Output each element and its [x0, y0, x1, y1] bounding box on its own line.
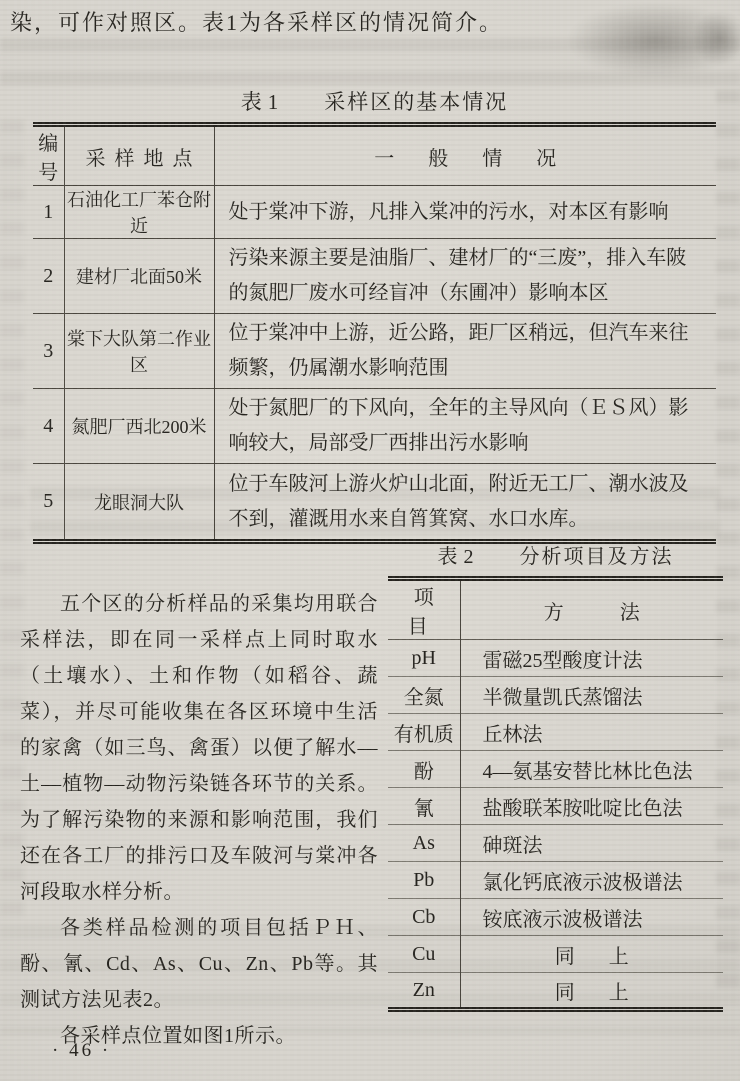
method-cell: 4—氨基安替比林比色法: [460, 751, 723, 788]
table-row: 酚 4—氨基安替比林比色法: [388, 751, 723, 788]
intro-paragraph: 染，可作对照区。表1为各采样区的情况简介。: [10, 8, 610, 38]
method-cell: 铵底液示波极谱法: [460, 899, 723, 936]
site-cell: 龙眼洞大队: [64, 464, 214, 542]
table1-header-row: 编号 采样地点 一般情况: [33, 125, 716, 186]
method-cell: 半微量凯氏蒸馏法: [460, 677, 723, 714]
table1-section: 表1 采样区的基本情况 编号 采样地点 一般情况 1 石油化工厂苯仓附近: [33, 86, 716, 544]
method-cell: 砷斑法: [460, 825, 723, 862]
table-row: 3 棠下大队第二作业区 位于棠冲中上游，近公路，距厂区稍远，但汽车来往频繁，仍属…: [33, 314, 716, 389]
method-cell: 雷磁25型酸度计法: [460, 640, 723, 677]
body-paragraph: 五个区的分析样品的采集均用联合采样法，即在同一采样点上同时取水（土壤水）、土和作…: [20, 586, 378, 910]
table-row: 有机质 丘林法: [388, 714, 723, 751]
page-number: · 46 ·: [52, 1040, 111, 1062]
item-cell: As: [388, 825, 460, 862]
table2-caption: 表2 分析项目及方法: [388, 540, 723, 569]
item-cell: 氰: [388, 788, 460, 825]
description-cell: 位于车陂河上游火炉山北面，附近无工厂、潮水波及不到，灌溉用水来自筲箕窝、水口水库…: [214, 464, 716, 542]
row-number-cell: 5: [33, 464, 64, 542]
column-header-number: 编号: [33, 125, 64, 186]
method-cell: 氯化钙底液示波极谱法: [460, 862, 723, 899]
item-cell: 有机质: [388, 714, 460, 751]
table1-label: 表1: [241, 86, 285, 116]
item-cell: Cb: [388, 899, 460, 936]
table1-title: 采样区的基本情况: [324, 86, 508, 116]
site-cell: 建材厂北面50米: [64, 239, 214, 314]
method-cell: 丘林法: [460, 714, 723, 751]
table2-title: 分析项目及方法: [520, 540, 674, 569]
description-cell: 处于棠冲下游，凡排入棠冲的污水，对本区有影响: [214, 186, 716, 239]
item-cell: Pb: [388, 862, 460, 899]
table-row: pH 雷磁25型酸度计法: [388, 640, 723, 677]
site-cell: 氮肥厂西北200米: [64, 389, 214, 464]
body-text-column: 五个区的分析样品的采集均用联合采样法，即在同一采样点上同时取水（土壤水）、土和作…: [20, 586, 378, 1054]
scanned-page: 染，可作对照区。表1为各采样区的情况简介。 表1 采样区的基本情况 编号 采样地…: [0, 0, 740, 1081]
item-cell: Zn: [388, 973, 460, 1010]
method-cell: 同上: [460, 936, 723, 973]
row-number-cell: 2: [33, 239, 64, 314]
table2-section: 表2 分析项目及方法 项目 方法 pH 雷磁25型酸度计法: [388, 540, 723, 1012]
item-cell: pH: [388, 640, 460, 677]
table1-caption: 表1 采样区的基本情况: [33, 86, 716, 116]
column-header-general: 一般情况: [214, 125, 716, 186]
column-header-site: 采样地点: [64, 125, 214, 186]
table-row: Cb 铵底液示波极谱法: [388, 899, 723, 936]
body-paragraph: 各类样品检测的项目包括ＰＨ、酚、氰、Cd、As、Cu、Zn、Pb等。其测试方法见…: [20, 910, 378, 1018]
description-cell: 污染来源主要是油脂厂、建材厂的“三废”，排入车陂的氮肥厂废水可经盲冲（东圃冲）影…: [214, 239, 716, 314]
table-row: 2 建材厂北面50米 污染来源主要是油脂厂、建材厂的“三废”，排入车陂的氮肥厂废…: [33, 239, 716, 314]
item-cell: Cu: [388, 936, 460, 973]
table-row: Cu 同上: [388, 936, 723, 973]
table-row: Zn 同上: [388, 973, 723, 1010]
row-number-cell: 4: [33, 389, 64, 464]
table2-label: 表2: [438, 540, 480, 569]
table-row: 4 氮肥厂西北200米 处于氮肥厂的下风向，全年的主导风向（ＥＳ风）影响较大，局…: [33, 389, 716, 464]
table-row: 氰 盐酸联苯胺吡啶比色法: [388, 788, 723, 825]
table1: 编号 采样地点 一般情况 1 石油化工厂苯仓附近 处于棠冲下游，凡排入棠冲的污水…: [33, 122, 716, 544]
method-cell: 同上: [460, 973, 723, 1010]
scan-smudge: [690, 8, 740, 68]
table-row: 1 石油化工厂苯仓附近 处于棠冲下游，凡排入棠冲的污水，对本区有影响: [33, 186, 716, 239]
table2-header-row: 项目 方法: [388, 579, 723, 640]
description-cell: 处于氮肥厂的下风向，全年的主导风向（ＥＳ风）影响较大，局部受厂西排出污水影响: [214, 389, 716, 464]
column-header-method: 方法: [460, 579, 723, 640]
row-number-cell: 1: [33, 186, 64, 239]
table-row: 5 龙眼洞大队 位于车陂河上游火炉山北面，附近无工厂、潮水波及不到，灌溉用水来自…: [33, 464, 716, 542]
row-number-cell: 3: [33, 314, 64, 389]
method-cell: 盐酸联苯胺吡啶比色法: [460, 788, 723, 825]
site-cell: 石油化工厂苯仓附近: [64, 186, 214, 239]
table2: 项目 方法 pH 雷磁25型酸度计法 全氮 半微量凯氏蒸馏法 有机质: [388, 576, 723, 1012]
bleed-through-artifact: [0, 38, 740, 86]
description-cell: 位于棠冲中上游，近公路，距厂区稍远，但汽车来往频繁，仍属潮水影响范围: [214, 314, 716, 389]
item-cell: 酚: [388, 751, 460, 788]
site-cell: 棠下大队第二作业区: [64, 314, 214, 389]
column-header-item: 项目: [388, 579, 460, 640]
table-row: As 砷斑法: [388, 825, 723, 862]
table-row: Pb 氯化钙底液示波极谱法: [388, 862, 723, 899]
item-cell: 全氮: [388, 677, 460, 714]
table-row: 全氮 半微量凯氏蒸馏法: [388, 677, 723, 714]
